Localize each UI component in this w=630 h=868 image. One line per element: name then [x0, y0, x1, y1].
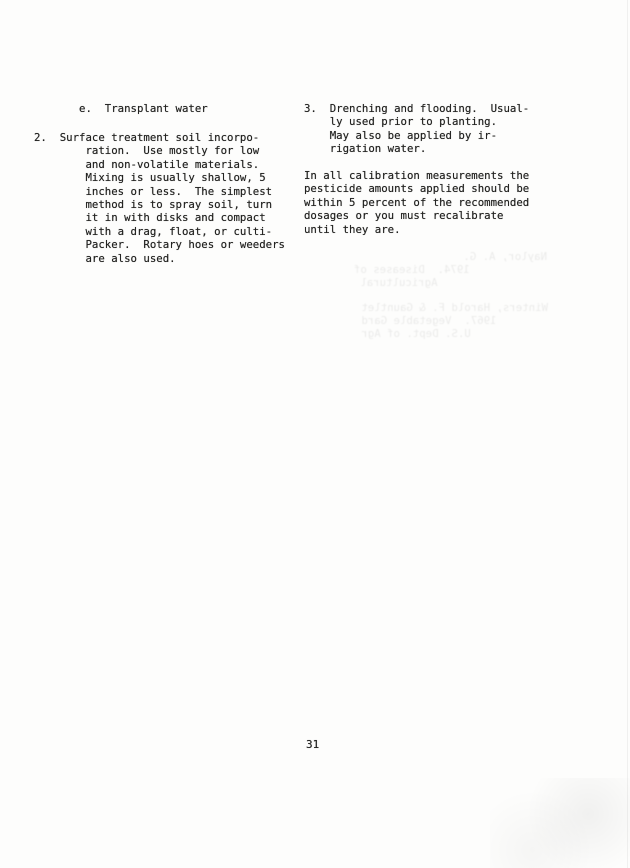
scan-speckle-artifact: [490, 778, 630, 868]
list-item-3-drenching-flooding: 3. Drenching and flooding. Usual- ly use…: [304, 102, 529, 156]
scan-edge-artifact: [627, 0, 628, 868]
bleedthrough-reference-block-1: Naylor, A. G. 1974. Diseases of Agricult…: [337, 250, 547, 290]
list-item-e-transplant-water: e. Transplant water: [34, 102, 208, 115]
list-item-2-surface-treatment: 2. Surface treatment soil incorpo- ratio…: [34, 131, 285, 265]
bleedthrough-reference-block-2: Winters, Harold F. & Gauntlet 1967. Vege…: [328, 301, 548, 341]
page-number: 31: [306, 738, 319, 751]
calibration-paragraph: In all calibration measurements the pest…: [304, 169, 529, 236]
scanned-document-page: Naylor, A. G. 1974. Diseases of Agricult…: [0, 0, 630, 868]
